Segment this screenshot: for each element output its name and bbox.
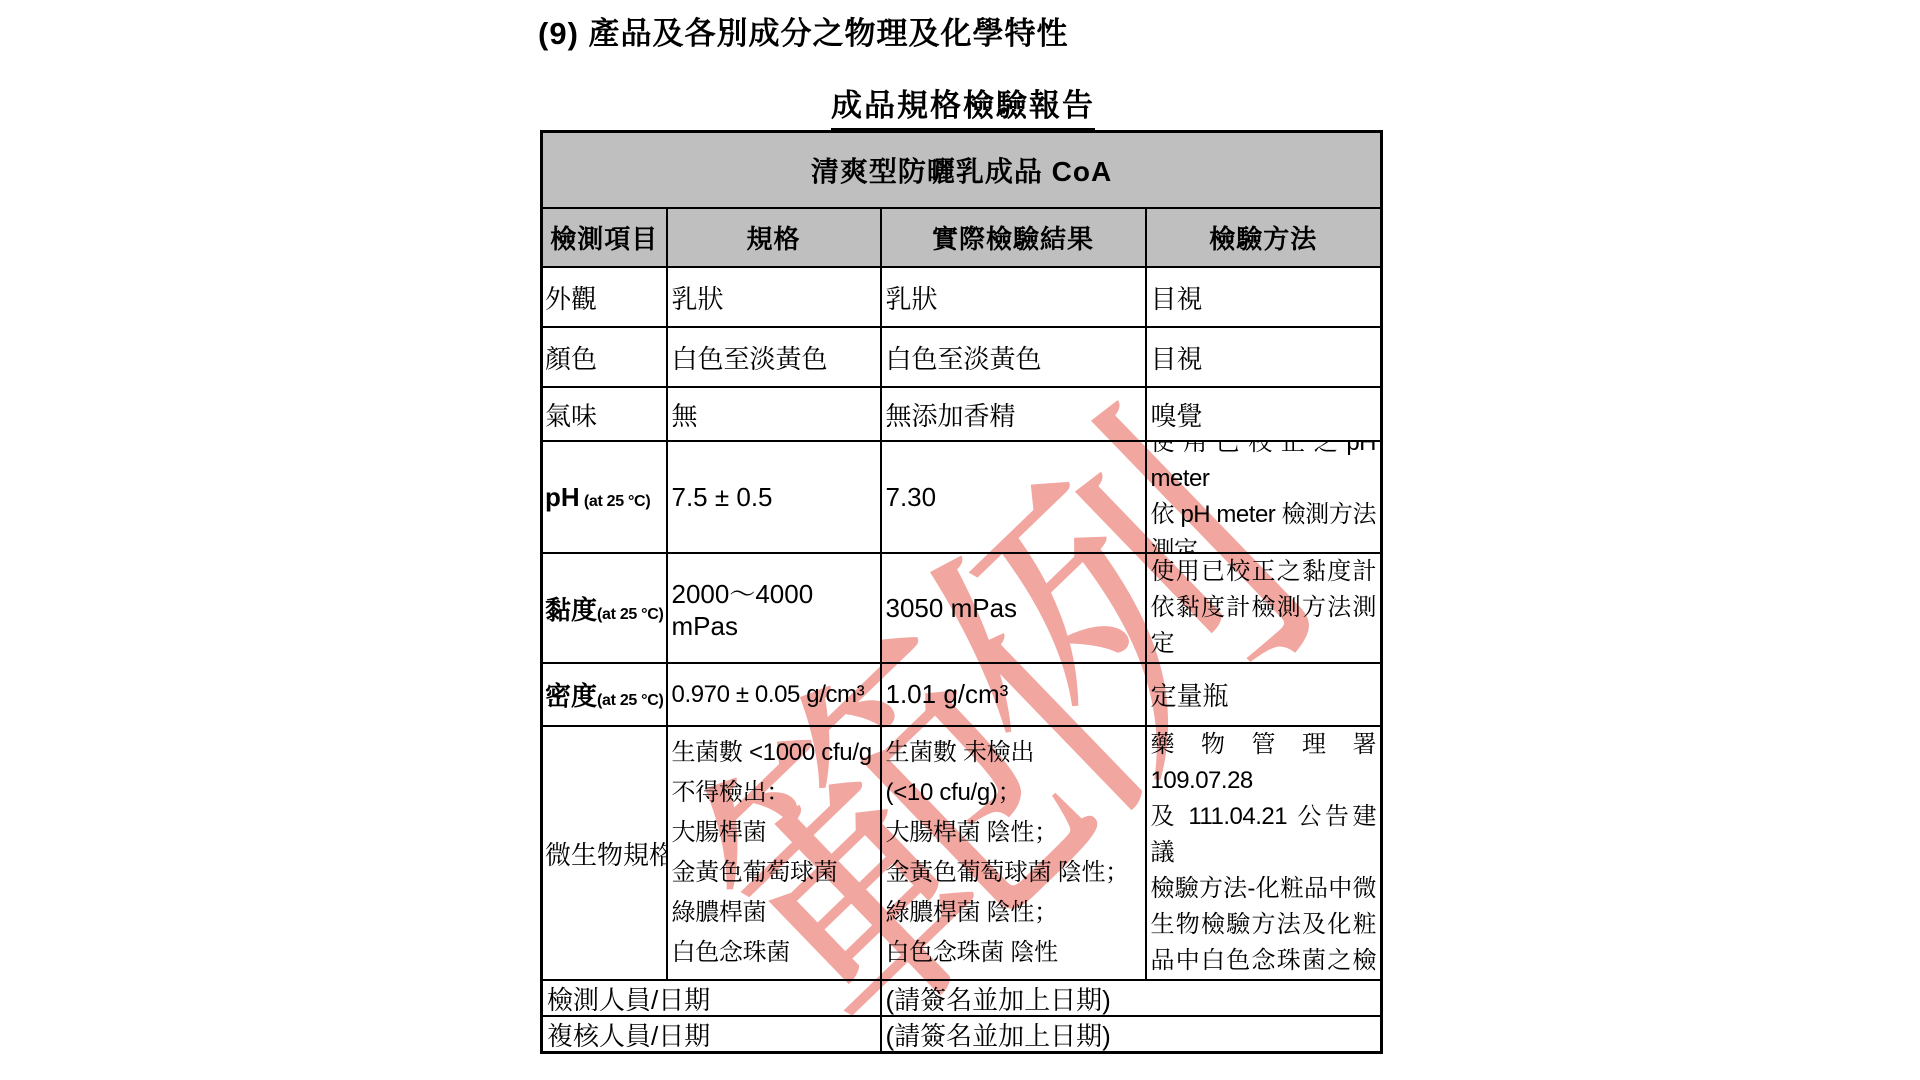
appearance-method: 目視 — [1147, 268, 1381, 326]
density-item: 密度(at 25 °C) — [543, 664, 666, 725]
column-header-row: 檢測項目 規格 實際檢驗結果 檢驗方法 — [542, 208, 1382, 267]
color-spec: 白色至淡黃色 — [668, 328, 880, 386]
viscosity-result: 3050 mPas — [882, 554, 1145, 662]
density-method: 定量瓶 — [1147, 664, 1381, 725]
color-item: 顏色 — [543, 328, 666, 386]
row-color: 顏色 白色至淡黃色 白色至淡黃色 目視 — [542, 327, 1382, 387]
row-density: 密度(at 25 °C) 0.970 ± 0.05 g/cm³ 1.01 g/c… — [542, 663, 1382, 726]
report-subtitle-text: 成品規格檢驗報告 — [831, 80, 1095, 131]
row-viscosity: 黏度(at 25 °C) 2000～4000 mPas 3050 mPas 使用… — [542, 553, 1382, 663]
row-ph: pH (at 25 °C) 7.5 ± 0.5 7.30 使用已校正之pH me… — [542, 441, 1382, 553]
col-header-method: 檢驗方法 — [1147, 209, 1381, 266]
appearance-item: 外觀 — [543, 268, 666, 326]
report-subtitle: 成品規格檢驗報告 — [540, 80, 1386, 131]
ph-item: pH (at 25 °C) — [543, 442, 666, 552]
microbial-item: 微生物規格 — [543, 727, 666, 979]
ph-item-name: pH — [545, 482, 580, 512]
row-microbial: 微生物規格 生菌數 <1000 cfu/g不得檢出：大腸桿菌金黃色葡萄球菌綠膿桿… — [542, 726, 1382, 980]
microbial-result: 生菌數 未檢出(<10 cfu/g)；大腸桿菌 陰性；金黃色葡萄球菌 陰性；綠膿… — [882, 727, 1145, 979]
ph-item-condition: (at 25 °C) — [580, 493, 651, 510]
microbial-method: 參考衛生福利部食品藥物管理署 109.07.28及 111.04.21 公告建議… — [1147, 727, 1381, 979]
density-item-name: 密度 — [545, 681, 597, 711]
density-result: 1.01 g/cm³ — [882, 664, 1145, 725]
viscosity-item-name: 黏度 — [545, 595, 597, 625]
inspector-signature-placeholder: (請簽名並加上日期) — [882, 981, 1381, 1015]
viscosity-item-condition: (at 25 °C) — [597, 606, 664, 623]
col-header-item: 檢測項目 — [543, 209, 666, 266]
appearance-spec: 乳狀 — [668, 268, 880, 326]
odor-method: 嗅覺 — [1147, 388, 1381, 440]
row-appearance: 外觀 乳狀 乳狀 目視 — [542, 267, 1382, 327]
appearance-result: 乳狀 — [882, 268, 1145, 326]
ph-result: 7.30 — [882, 442, 1145, 552]
col-header-result: 實際檢驗結果 — [882, 209, 1145, 266]
reviewer-label: 複核人員/日期 — [543, 1017, 880, 1051]
inspector-label: 檢測人員/日期 — [543, 981, 880, 1015]
ph-spec: 7.5 ± 0.5 — [668, 442, 880, 552]
coa-table: 清爽型防曬乳成品 CoA 檢測項目 規格 實際檢驗結果 檢驗方法 外觀 乳狀 乳… — [540, 130, 1383, 1054]
odor-item: 氣味 — [543, 388, 666, 440]
page-title: (9) 產品及各別成分之物理及化學特性 — [538, 8, 1069, 53]
row-reviewer: 複核人員/日期 (請簽名並加上日期) — [542, 1016, 1382, 1053]
color-result: 白色至淡黃色 — [882, 328, 1145, 386]
ph-method: 使用已校正之pH meter依 pH meter 檢測方法測定 — [1147, 442, 1381, 552]
viscosity-spec: 2000～4000 mPas — [668, 554, 880, 662]
row-odor: 氣味 無 無添加香精 嗅覺 — [542, 387, 1382, 441]
microbial-spec: 生菌數 <1000 cfu/g不得檢出：大腸桿菌金黃色葡萄球菌綠膿桿菌白色念珠菌 — [668, 727, 880, 979]
col-header-spec: 規格 — [668, 209, 880, 266]
color-method: 目視 — [1147, 328, 1381, 386]
coa-title-row: 清爽型防曬乳成品 CoA — [542, 132, 1382, 209]
density-spec: 0.970 ± 0.05 g/cm³ — [668, 664, 880, 725]
document-page: (9) 產品及各別成分之物理及化學特性 成品規格檢驗報告 清爽型防曬乳成品 Co… — [0, 0, 1920, 1080]
coa-table-title: 清爽型防曬乳成品 CoA — [543, 133, 1380, 207]
viscosity-item: 黏度(at 25 °C) — [543, 554, 666, 662]
density-item-condition: (at 25 °C) — [597, 692, 664, 709]
viscosity-method: 使用已校正之黏度計依黏度計檢測方法測定 — [1147, 554, 1381, 662]
row-inspector: 檢測人員/日期 (請簽名並加上日期) — [542, 980, 1382, 1016]
reviewer-signature-placeholder: (請簽名並加上日期) — [882, 1017, 1381, 1051]
odor-spec: 無 — [668, 388, 880, 440]
odor-result: 無添加香精 — [882, 388, 1145, 440]
